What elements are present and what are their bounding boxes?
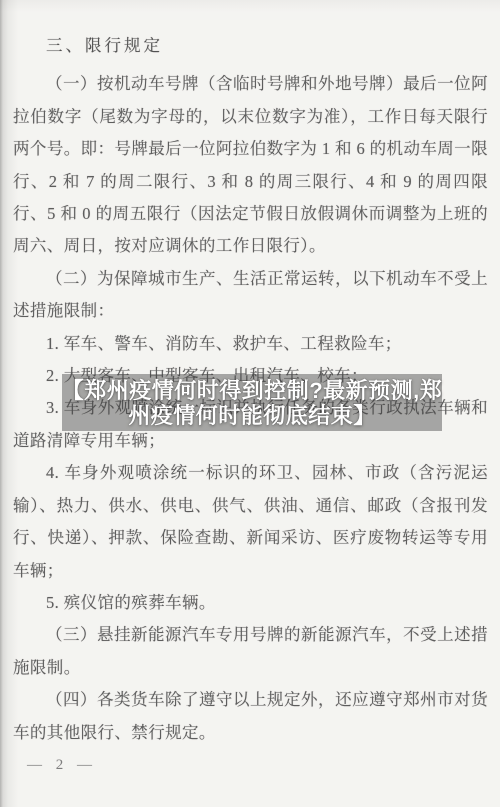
caption-overlay-banner: 【郑州疫情何时得到控制?最新预测,郑 州疫情何时能彻底结束】 <box>62 374 442 431</box>
paragraph: 4. 车身外观喷涂统一标识的环卫、园林、市政（含污泥运输）、热力、供水、供电、供… <box>13 457 488 587</box>
paragraph: 1. 军车、警车、消防车、救护车、工程救险车； <box>13 328 488 360</box>
paragraph: （一）按机动车号牌（含临时号牌和外地号牌）最后一位阿拉伯数字（尾数为字母的，以末… <box>13 68 488 262</box>
paragraph: （四）各类货车除了遵守以上规定外，还应遵守郑州市对货车的其他限行、禁行规定。 <box>13 684 488 749</box>
page-number: — 2 — <box>27 757 488 774</box>
paragraph: （三）悬挂新能源汽车专用号牌的新能源汽车，不受上述措施限制。 <box>13 619 488 684</box>
document-page: 三、限行规定 （一）按机动车号牌（含临时号牌和外地号牌）最后一位阿拉伯数字（尾数… <box>0 0 500 807</box>
section-heading: 三、限行规定 <box>13 30 488 62</box>
caption-text-line-1: 【郑州疫情何时得到控制?最新预测,郑 <box>62 378 443 403</box>
caption-text-line-2: 州疫情何时能彻底结束】 <box>128 403 376 428</box>
paragraph: 5. 殡仪馆的殡葬车辆。 <box>13 587 488 619</box>
paragraph: （二）为保障城市生产、生活正常运转，以下机动车不受上述措施限制： <box>13 263 488 328</box>
